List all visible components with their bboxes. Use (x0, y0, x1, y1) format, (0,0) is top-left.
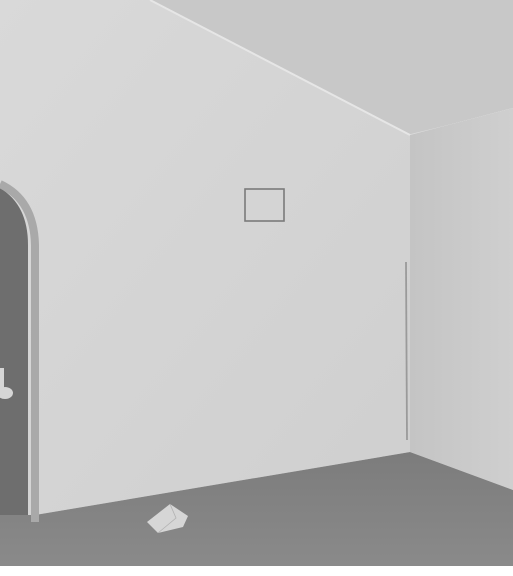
arched-doorway (0, 188, 28, 515)
room-scene (0, 0, 513, 576)
door-handle-stem (0, 368, 4, 390)
room-photo (0, 0, 513, 576)
corner-pipe (406, 262, 407, 440)
right-wall (410, 108, 513, 490)
bottom-border (0, 566, 513, 576)
